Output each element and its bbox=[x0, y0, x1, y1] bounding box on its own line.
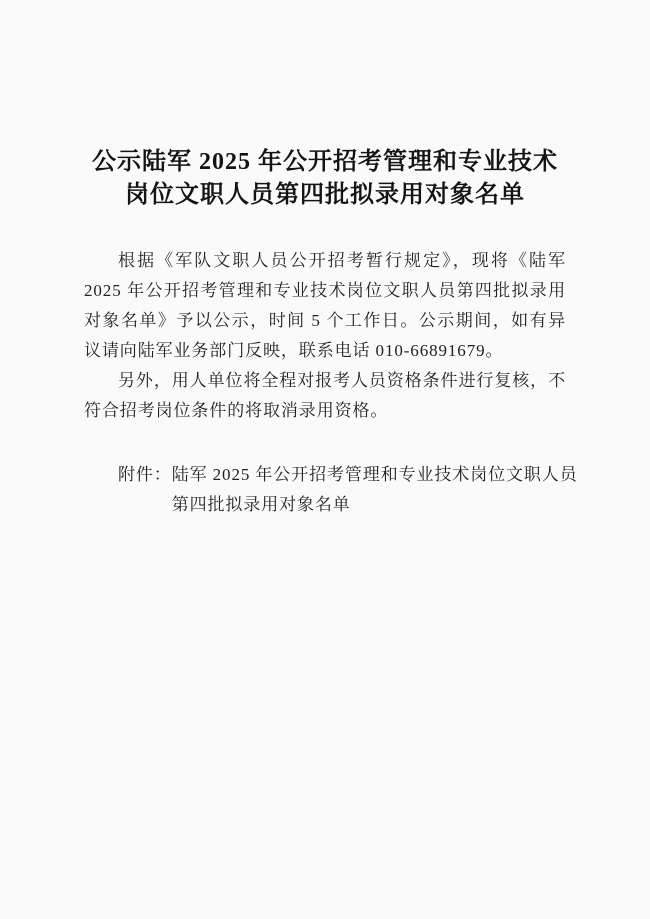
title-line-2: 岗位文职人员第四批拟录用对象名单 bbox=[84, 179, 566, 212]
attachment-line-1: 陆军 2025 年公开招考管理和专业技术岗位文职人员 bbox=[172, 460, 578, 490]
attachment-content: 陆军 2025 年公开招考管理和专业技术岗位文职人员 第四批拟录用对象名单 bbox=[172, 460, 578, 520]
title-line-1: 公示陆军 2025 年公开招考管理和专业技术 bbox=[84, 146, 566, 179]
attachment-label: 附件： bbox=[118, 460, 172, 520]
attachment-section: 附件： 陆军 2025 年公开招考管理和专业技术岗位文职人员 第四批拟录用对象名… bbox=[118, 460, 566, 520]
attachment-line-2: 第四批拟录用对象名单 bbox=[172, 490, 578, 520]
paragraph-2: 另外，用人单位将全程对报考人员资格条件进行复核，不符合招考岗位条件的将取消录用资… bbox=[84, 366, 566, 426]
paragraph-1: 根据《军队文职人员公开招考暂行规定》，现将《陆军 2025 年公开招考管理和专业… bbox=[84, 246, 566, 366]
document-title: 公示陆军 2025 年公开招考管理和专业技术 岗位文职人员第四批拟录用对象名单 bbox=[84, 146, 566, 212]
document-body: 根据《军队文职人员公开招考暂行规定》，现将《陆军 2025 年公开招考管理和专业… bbox=[84, 246, 566, 426]
document-page: 公示陆军 2025 年公开招考管理和专业技术 岗位文职人员第四批拟录用对象名单 … bbox=[0, 0, 650, 919]
